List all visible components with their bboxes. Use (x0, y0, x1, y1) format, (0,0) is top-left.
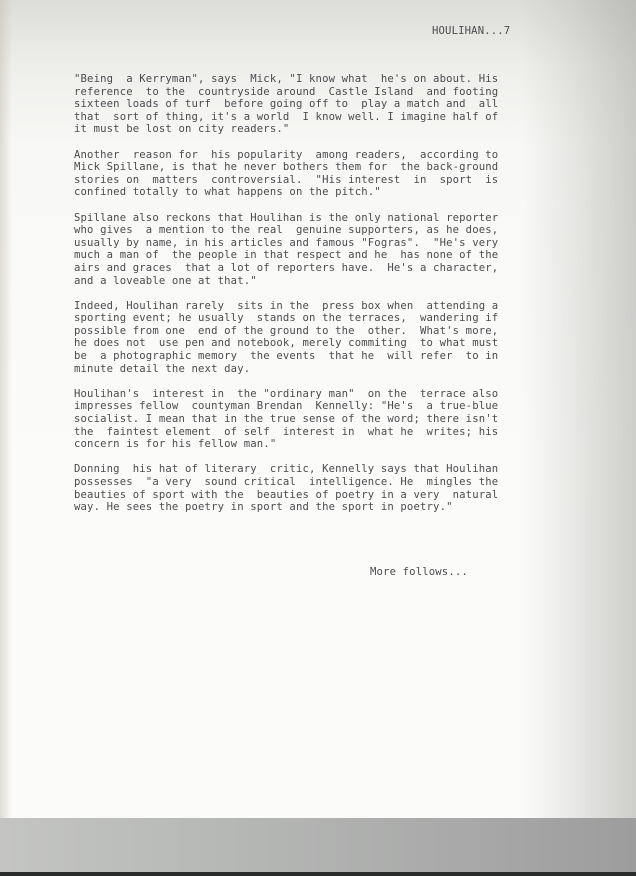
text-line: possible from one end of the ground to t… (74, 325, 498, 337)
paragraph-popularity-reason: Another reason for his popularity among … (74, 149, 574, 199)
text-line: stories on matters controversial. "His i… (74, 174, 498, 186)
text-line: and a loveable one at that." (74, 275, 257, 287)
paragraph-kerryman-quote: "Being a Kerryman", says Mick, "I know w… (74, 73, 574, 136)
article-body: "Being a Kerryman", says Mick, "I know w… (74, 73, 574, 526)
text-line: Spillane also reckons that Houlihan is t… (74, 212, 498, 224)
paragraph-spillane-supporters: Spillane also reckons that Houlihan is t… (74, 212, 574, 288)
text-line: minute detail the next day. (74, 363, 250, 375)
text-line: much a man of the people in that respect… (74, 249, 498, 261)
text-line: Another reason for his popularity among … (74, 149, 498, 161)
text-line: Indeed, Houlihan rarely sits in the pres… (74, 300, 498, 312)
paragraph-literary-critic: Donning his hat of literary critic, Kenn… (74, 463, 574, 513)
text-line: it must be lost on city readers." (74, 123, 289, 135)
continuation-note: More follows... (370, 566, 468, 579)
text-line: he does not use pen and notebook, merely… (74, 337, 498, 349)
text-line: Mick Spillane, is that he never bothers … (74, 161, 498, 173)
text-line: that sort of thing, it's a world I know … (74, 111, 498, 123)
text-line: confined totally to what happens on the … (74, 186, 381, 198)
text-line: Houlihan's interest in the "ordinary man… (74, 388, 498, 400)
scanner-bed-shadow (0, 818, 636, 872)
text-line: airs and graces that a lot of reporters … (74, 262, 498, 274)
text-line: "Being a Kerryman", says Mick, "I know w… (74, 73, 498, 85)
typewritten-page: HOULIHAN...7 "Being a Kerryman", says Mi… (0, 0, 636, 818)
text-line: who gives a mention to the real genuine … (74, 224, 498, 236)
text-line: way. He sees the poetry in sport and the… (74, 501, 453, 513)
text-line: be a photographic memory the events that… (74, 350, 498, 362)
text-line: impresses fellow countyman Brendan Kenne… (74, 400, 498, 412)
text-line: the faintest element of self interest in… (74, 426, 498, 438)
scanner-edge (0, 872, 636, 876)
paragraph-terraces: Indeed, Houlihan rarely sits in the pres… (74, 300, 574, 376)
page-header: HOULIHAN...7 (432, 25, 510, 38)
text-line: socialist. I mean that in the true sense… (74, 413, 498, 425)
text-line: Donning his hat of literary critic, Kenn… (74, 463, 498, 475)
text-line: concern is for his fellow man." (74, 438, 276, 450)
text-line: reference to the countryside around Cast… (74, 86, 498, 98)
text-line: sporting event; he usually stands on the… (74, 312, 498, 324)
text-line: sixteen loads of turf before going off t… (74, 98, 498, 110)
text-line: usually by name, in his articles and fam… (74, 237, 498, 249)
paragraph-ordinary-man: Houlihan's interest in the "ordinary man… (74, 388, 574, 451)
text-line: beauties of sport with the beauties of p… (74, 489, 498, 501)
text-line: possesses "a very sound critical intelli… (74, 476, 498, 488)
